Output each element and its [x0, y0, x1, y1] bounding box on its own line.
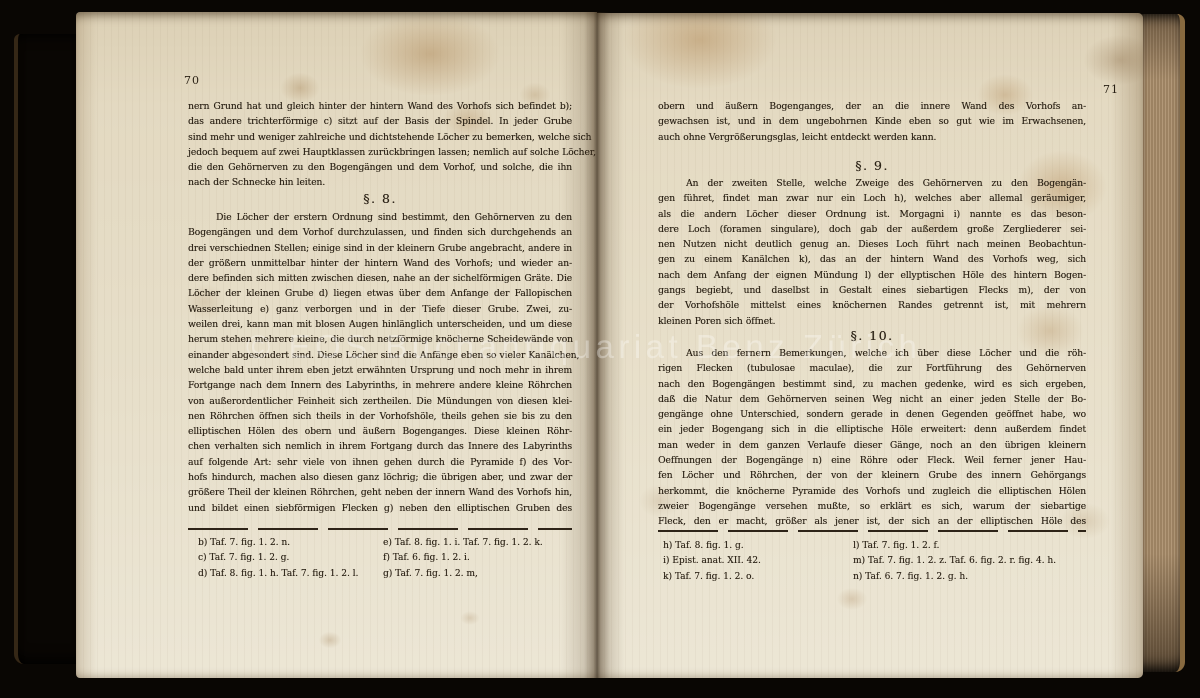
left-footnote-divider [188, 528, 572, 530]
text-line: als die andern Löcher dieser Ordnung ist… [658, 207, 1086, 222]
text-line: der größern unmittelbar hinter der hinte… [188, 256, 572, 271]
text-line: Wasserleitung e) ganz verborgen und in d… [188, 302, 572, 317]
text-line: i) Epist. anat. XII. 42. [663, 554, 761, 569]
text-line: herkommt, die knöcherne Pyramide des Vor… [658, 484, 1086, 499]
text-line: Die Löcher der erstern Ordnung sind best… [188, 210, 572, 225]
text-line: Bogengängen und dem Vorhof durchzulassen… [188, 225, 572, 240]
right-footnotes-column-1: h) Taf. 8. fig. 1. g.i) Epist. anat. XII… [663, 539, 761, 585]
text-line: von außerordentlicher Feinheit sich zert… [188, 394, 572, 409]
text-line: c) Taf. 7. fig. 1. 2. g. [198, 551, 358, 566]
text-line: elliptischen Hölen des obern und äußern … [188, 424, 572, 439]
text-line: der Vorhofshöle mittelst eines knöcherne… [658, 298, 1086, 313]
right-footnotes-column-2: l) Taf. 7. fig. 1. 2. f.m) Taf. 7. fig. … [853, 539, 1056, 585]
text-line: fen Löcher und Röhrchen, der von der kle… [658, 468, 1086, 483]
text-line: nern Grund hat und gleich hinter der hin… [188, 99, 572, 114]
text-line: sind mehr und weniger zahlreiche und dic… [188, 130, 572, 145]
text-line: g) Taf. 7. fig. 1. 2. m, [383, 567, 543, 582]
text-line: größere Theil der kleinen Röhrchen, geht… [188, 485, 572, 500]
text-line: n) Taf. 6. 7. fig. 1. 2. g. h. [853, 570, 1056, 585]
text-line: gengänge ohne Unterschied, sondern gerad… [658, 407, 1086, 422]
text-line: m) Taf. 7. fig. 1. 2. z. Taf. 6. fig. 2.… [853, 554, 1056, 569]
text-line: auch ohne Vergrößerungsglas, leicht entd… [658, 130, 1086, 145]
text-line: kleinen Poren sich öffnet. [658, 314, 1086, 329]
text-line: die den Gehörnerven zu den Bogengängen u… [188, 160, 572, 175]
text-line: auf folgende Art: sehr viele von ihnen g… [188, 455, 572, 470]
section-9-paragraph: An der zweiten Stelle, welche Zweige des… [658, 176, 1086, 329]
text-line: gen führet, findet man zwar nur ein Loch… [658, 191, 1086, 206]
text-line: drei verschiednen Stellen; einige sind i… [188, 241, 572, 256]
text-line: nen Nutzen nicht deutlich genug an. Dies… [658, 237, 1086, 252]
section-10-paragraph: Aus den fernern Bemerkungen, welche ich … [658, 346, 1086, 530]
right-fore-edge [1142, 14, 1185, 672]
page-number-right: 71 [1103, 83, 1119, 96]
text-line: Fleck, den er macht, größer als jener is… [658, 514, 1086, 529]
section-9-heading: §. 9. [658, 158, 1086, 173]
text-line: und bildet einen siebförmigen Flecken g)… [188, 501, 572, 516]
right-continuation-paragraph: obern und äußern Bogenganges, der an die… [658, 99, 1086, 145]
text-line: gen zu einem Kanälchen k), das an der hi… [658, 252, 1086, 267]
left-footnotes-column-2: e) Taf. 8. fig. 1. i. Taf. 7. fig. 1. 2.… [383, 536, 543, 582]
text-line: h) Taf. 8. fig. 1. g. [663, 539, 761, 554]
text-line: gangs begiebt, und daselbst in Gestalt e… [658, 283, 1086, 298]
text-line: An der zweiten Stelle, welche Zweige des… [658, 176, 1086, 191]
text-line: nach der Schnecke hin leiten. [188, 175, 572, 190]
text-line: gewachsen ist, und in dem ungebohrnen Ki… [658, 114, 1086, 129]
text-line: daß die Natur dem Gehörnerven seinen Weg… [658, 392, 1086, 407]
text-line: man weder in dem ganzen Verlaufe dieser … [658, 438, 1086, 453]
text-line: nen Röhrchen öffnen sich theils in der V… [188, 409, 572, 424]
right-footnote-divider [658, 530, 1086, 532]
text-line: obern und äußern Bogenganges, der an die… [658, 99, 1086, 114]
text-line: Oeffnungen der Bogengänge n) eine Röhre … [658, 453, 1086, 468]
text-line: k) Taf. 7. fig. 1. 2. o. [663, 570, 761, 585]
text-line: e) Taf. 8. fig. 1. i. Taf. 7. fig. 1. 2.… [383, 536, 543, 551]
text-line: dere befinden sich mitten zwischen diese… [188, 271, 572, 286]
text-line: jedoch bequem auf zwei Hauptklassen zurü… [188, 145, 572, 160]
text-line: l) Taf. 7. fig. 1. 2. f. [853, 539, 1056, 554]
open-book: 70 nern Grund hat und gleich hinter der … [0, 0, 1200, 698]
text-line: f) Taf. 6. fig. 1. 2. i. [383, 551, 543, 566]
left-fore-edge [14, 34, 80, 664]
text-line: ein jeder Bogengang sich in die elliptis… [658, 422, 1086, 437]
text-line: chen verhalten sich nemlich in ihrem For… [188, 439, 572, 454]
text-line: nach dem Anfang der eignen Mündung l) de… [658, 268, 1086, 283]
photo-background: 70 nern Grund hat und gleich hinter der … [0, 0, 1200, 698]
text-line: Fortgange nach dem Innern des Labyrinths… [188, 378, 572, 393]
text-line: b) Taf. 7. fig. 1. 2. n. [198, 536, 358, 551]
page-number-left: 70 [184, 74, 200, 87]
text-line: hofs hindurch, machen also diesen ganz l… [188, 470, 572, 485]
watermark-text: © EOS Buchantiquariat Benz Zürich [246, 328, 921, 366]
text-line: zweier Bogengänge versehen mußte, so erk… [658, 499, 1086, 514]
text-line: nach den Bogengängen bestimmt sind, zu m… [658, 377, 1086, 392]
left-footnotes-column-1: b) Taf. 7. fig. 1. 2. n.c) Taf. 7. fig. … [198, 536, 358, 582]
section-8-heading: §. 8. [188, 191, 572, 206]
text-line: Löcher der kleinen Grube d) liegen etwas… [188, 286, 572, 301]
text-line: d) Taf. 8. fig. 1. h. Taf. 7. fig. 1. 2.… [198, 567, 358, 582]
left-continuation-paragraph: nern Grund hat und gleich hinter der hin… [188, 99, 572, 191]
text-line: dere Loch (foramen singulare), doch gab … [658, 222, 1086, 237]
text-line: das andere trichterförmige c) sitzt auf … [188, 114, 572, 129]
